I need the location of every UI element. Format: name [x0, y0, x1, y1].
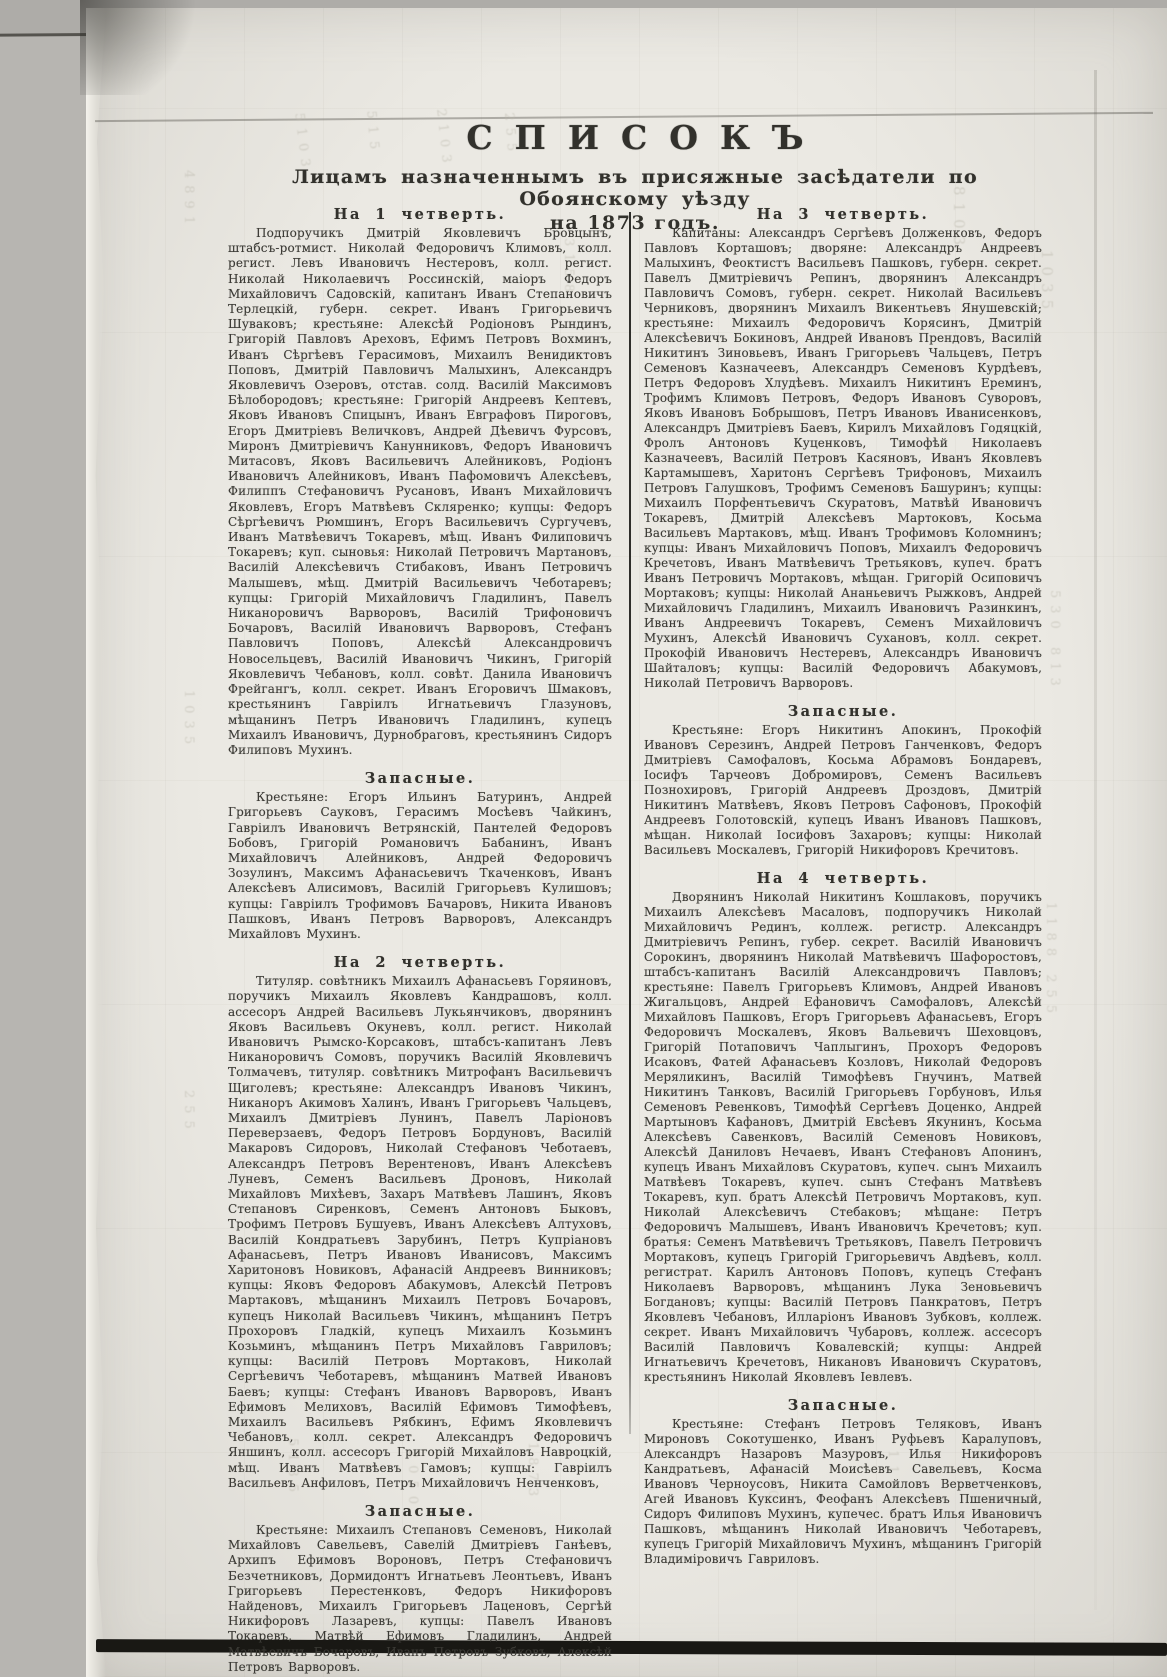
column-divider-rule [629, 212, 631, 1434]
column-left: На 1 четверть. Подпоручикъ Дмитрій Яковл… [228, 206, 612, 1675]
heading-reserve-q4: Запасные. [644, 1397, 1042, 1414]
heading-quarter-3: На 3 четверть. [644, 206, 1042, 223]
bleedthrough-text: 255 [181, 1090, 196, 1136]
body-reserve-q1: Крестьяне: Егоръ Ильинъ Батуринъ, Андрей… [228, 790, 612, 942]
bleedthrough-text: 1035 [181, 690, 196, 751]
body-quarter-4: Дворянинъ Николай Никитинъ Кошлаковъ, по… [644, 890, 1042, 1385]
heading-quarter-1: На 1 четверть. [228, 206, 612, 223]
body-reserve-q4: Крестьяне: Стефанъ Петровъ Теляковъ, Ива… [644, 1417, 1042, 1567]
bleedthrough-text: 1188 255 [1043, 902, 1058, 1020]
page-title: СПИСОКЪ [228, 118, 1042, 157]
heading-reserve-q3: Запасные. [644, 703, 1042, 720]
heading-quarter-4: На 4 четверть. [644, 870, 1042, 887]
bleedthrough-text: 4891 [181, 170, 196, 231]
body-quarter-3: Капитаны: Александръ Сергѣевъ Долженковъ… [644, 226, 1042, 691]
heading-quarter-2: На 2 четверть. [228, 954, 612, 971]
bleedthrough-text: 530 813 [1047, 590, 1062, 693]
heading-reserve-q1: Запасные. [228, 770, 612, 787]
subtitle-line-1: Лицамъ назначеннымъ въ присяжные засѣдат… [228, 166, 1042, 210]
scanned-page: 4891 5103 515 2103 255 3158 8103 1035 53… [0, 0, 1167, 1677]
scan-corner-shadow [80, 0, 210, 95]
body-quarter-1: Подпоручикъ Дмитрій Яковлевичъ Бровцынъ,… [228, 226, 612, 758]
column-right: На 3 четверть. Капитаны: Александръ Серг… [644, 206, 1042, 1567]
body-reserve-q3: Крестьяне: Егоръ Никитинъ Апокинъ, Проко… [644, 723, 1042, 858]
heading-reserve-q2: Запасные. [228, 1503, 612, 1520]
body-reserve-q2: Крестьяне: Михаилъ Степановъ Семеновъ, Н… [228, 1523, 612, 1675]
body-quarter-2: Титуляр. совѣтникъ Михаилъ Афанасьевъ Го… [228, 974, 612, 1491]
page-fold-line [1094, 70, 1097, 1610]
